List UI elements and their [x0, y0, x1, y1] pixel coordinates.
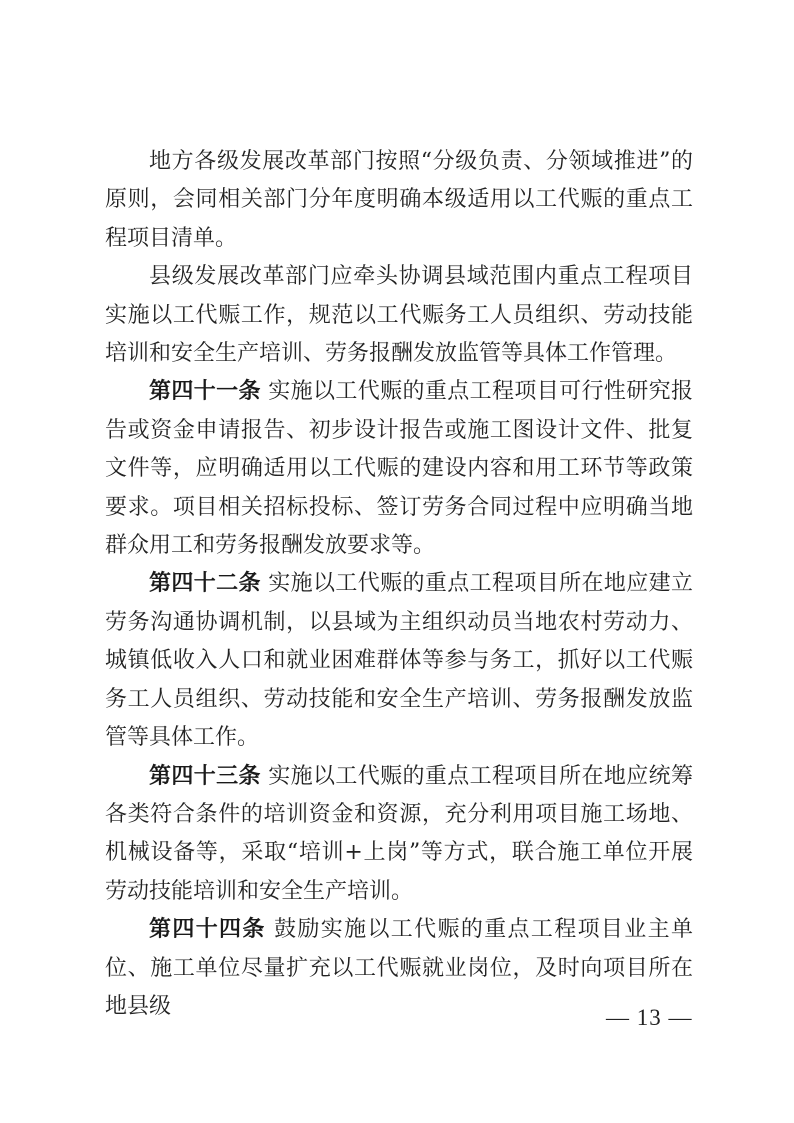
paragraph: 县级发展改革部门应牵头协调县域范围内重点工程项目实施以工代赈工作，规范以工代赈务… [105, 258, 693, 373]
article-number: 第四十四条 [149, 917, 266, 942]
article-number: 第四十一条 [149, 379, 261, 404]
document-page: 地方各级发展改革部门按照“分级负责、分领域推进”的原则，会同相关部门分年度明确本… [0, 0, 794, 1123]
paragraph: 地方各级发展改革部门按照“分级负责、分领域推进”的原则，会同相关部门分年度明确本… [105, 143, 693, 258]
paragraph: 第四十二条 实施以工代赈的重点工程项目所在地应建立劳务沟通协调机制，以县域为主组… [105, 565, 693, 757]
paragraph: 第四十一条 实施以工代赈的重点工程项目可行性研究报告或资金申请报告、初步设计报告… [105, 373, 693, 565]
page-number: — 13 — [606, 1005, 693, 1031]
article-number: 第四十二条 [149, 571, 261, 596]
paragraph-text: 实施以工代赈的重点工程项目所在地应建立劳务沟通协调机制，以县域为主组织动员当地农… [105, 571, 693, 750]
article-number: 第四十三条 [149, 764, 261, 789]
document-body: 地方各级发展改革部门按照“分级负责、分领域推进”的原则，会同相关部门分年度明确本… [105, 143, 693, 1026]
paragraph-text: 地方各级发展改革部门按照“分级负责、分领域推进”的原则，会同相关部门分年度明确本… [105, 149, 693, 251]
paragraph: 第四十三条 实施以工代赈的重点工程项目所在地应统筹各类符合条件的培训资金和资源，… [105, 758, 693, 912]
paragraph-text: 县级发展改革部门应牵头协调县域范围内重点工程项目实施以工代赈工作，规范以工代赈务… [105, 264, 693, 366]
paragraph: 第四十四条 鼓励实施以工代赈的重点工程项目业主单位、施工单位尽量扩充以工代赈就业… [105, 911, 693, 1026]
paragraph-text: 实施以工代赈的重点工程项目可行性研究报告或资金申请报告、初步设计报告或施工图设计… [105, 379, 693, 558]
